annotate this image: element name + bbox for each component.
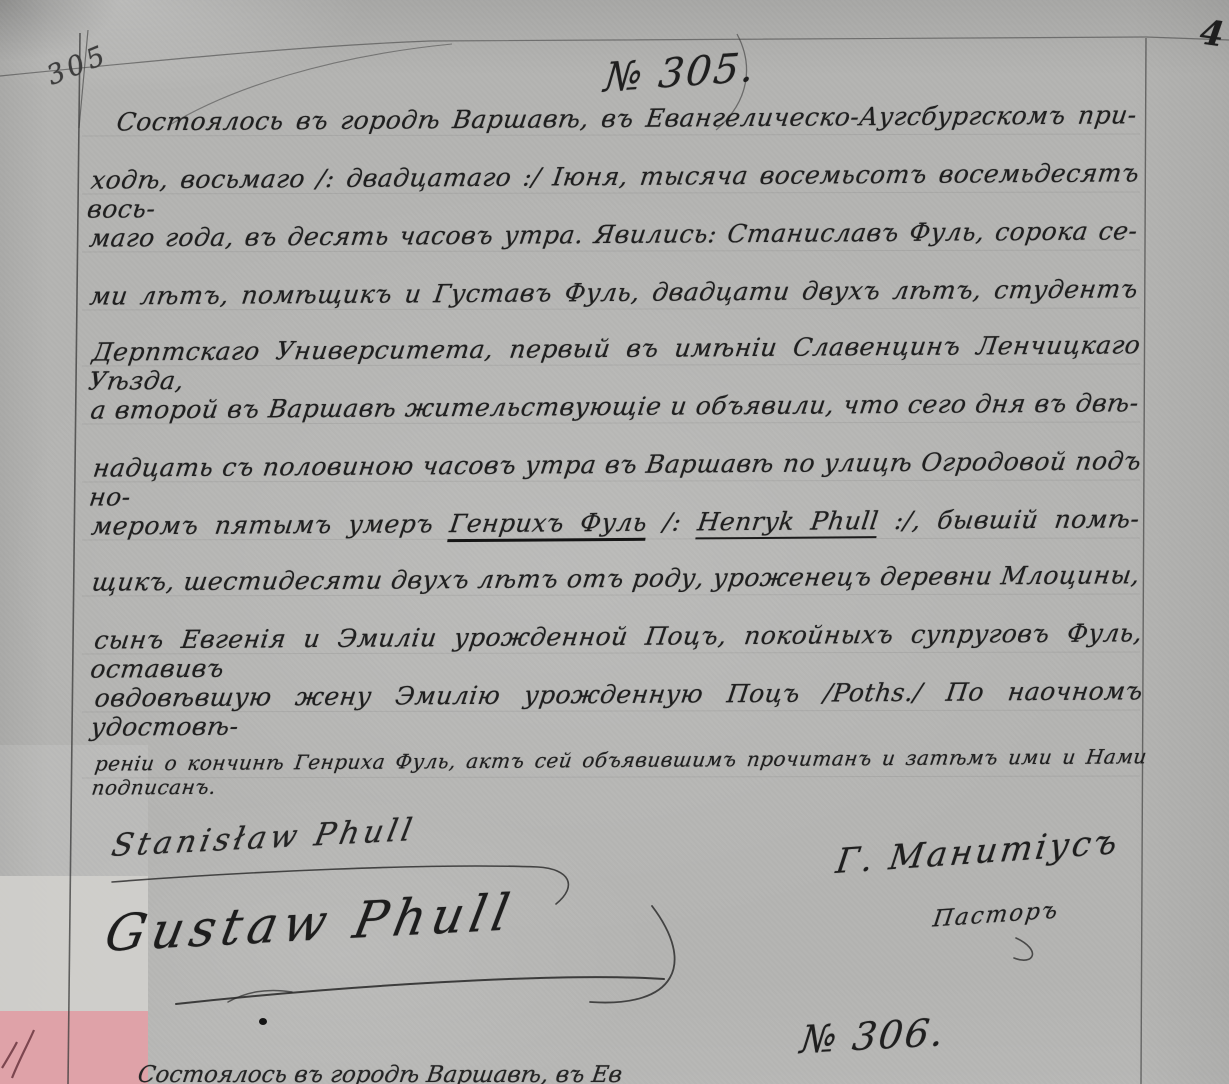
signature-witness-2: Gustaw Phull: [101, 883, 520, 963]
record-306-partial-first-line: Состоялось въ городѣ Варшавѣ, въ Ев: [136, 1062, 1160, 1084]
record-line: сынъ Евгенія и Эмиліи урожденной Поцъ, п…: [89, 618, 1145, 683]
record-line: ходѣ, восьмаго /: двадцатаго :/ Іюня, ты…: [85, 158, 1141, 223]
record-line-deceased: меромъ пятымъ умеръ Генрихъ Фуль /: Henr…: [90, 504, 1142, 540]
record-line: ми лѣтъ, помѣщикъ и Густавъ Фуль, двадца…: [88, 274, 1140, 310]
record-line: Состоялось въ городѣ Варшавѣ, въ Евангел…: [87, 100, 1139, 136]
record-305-heading: № 305.: [573, 42, 787, 103]
record-line: маго года, въ десять часовъ утра. Явилис…: [88, 216, 1140, 252]
record-line: щикъ, шестидесяти двухъ лѣтъ отъ роду, у…: [90, 560, 1142, 596]
record-line: реніи о кончинѣ Генриха Фуль, актъ сей о…: [90, 744, 1148, 799]
margin-act-number: 305: [43, 39, 114, 92]
deceased-line-post: :/, бывшій помѣ-: [877, 504, 1142, 535]
record-305-body: Состоялось въ городѣ Варшавѣ, въ Евангел…: [88, 0, 1136, 4]
page-corner-mark: 4: [1197, 13, 1226, 56]
signature-witness-1: Stanisław Phull: [109, 812, 419, 864]
record-line: надцать съ половиною часовъ утра въ Варш…: [87, 446, 1143, 511]
record-306-heading: № 306.: [765, 1008, 980, 1063]
deceased-name-cyrillic-underlined: Генрихъ Фуль: [447, 508, 649, 542]
record-line: а второй въ Варшавѣ жительствующіе и объ…: [89, 388, 1141, 424]
deceased-line-pre: меромъ пятымъ умеръ: [90, 509, 452, 541]
scan-artifact-pink-rectangle: [0, 1011, 148, 1084]
signature-pastor-name: Г. Манитіусъ: [834, 822, 1123, 882]
record-line: овдовѣвшую жену Эмилію урожденную Поцъ /…: [89, 676, 1145, 741]
record-line: Дерптскаго Университета, первый въ имѣні…: [87, 330, 1143, 395]
scanned-register-page: 305 4 № 305. Состоялось въ городѣ Варшав…: [0, 0, 1229, 1084]
signature-pastor-title: Пасторъ: [931, 897, 1061, 932]
deceased-line-mid: /:: [645, 507, 699, 536]
deceased-name-latin-underlined: Henryk Phull: [695, 506, 880, 539]
ink-blot: [259, 1018, 267, 1025]
